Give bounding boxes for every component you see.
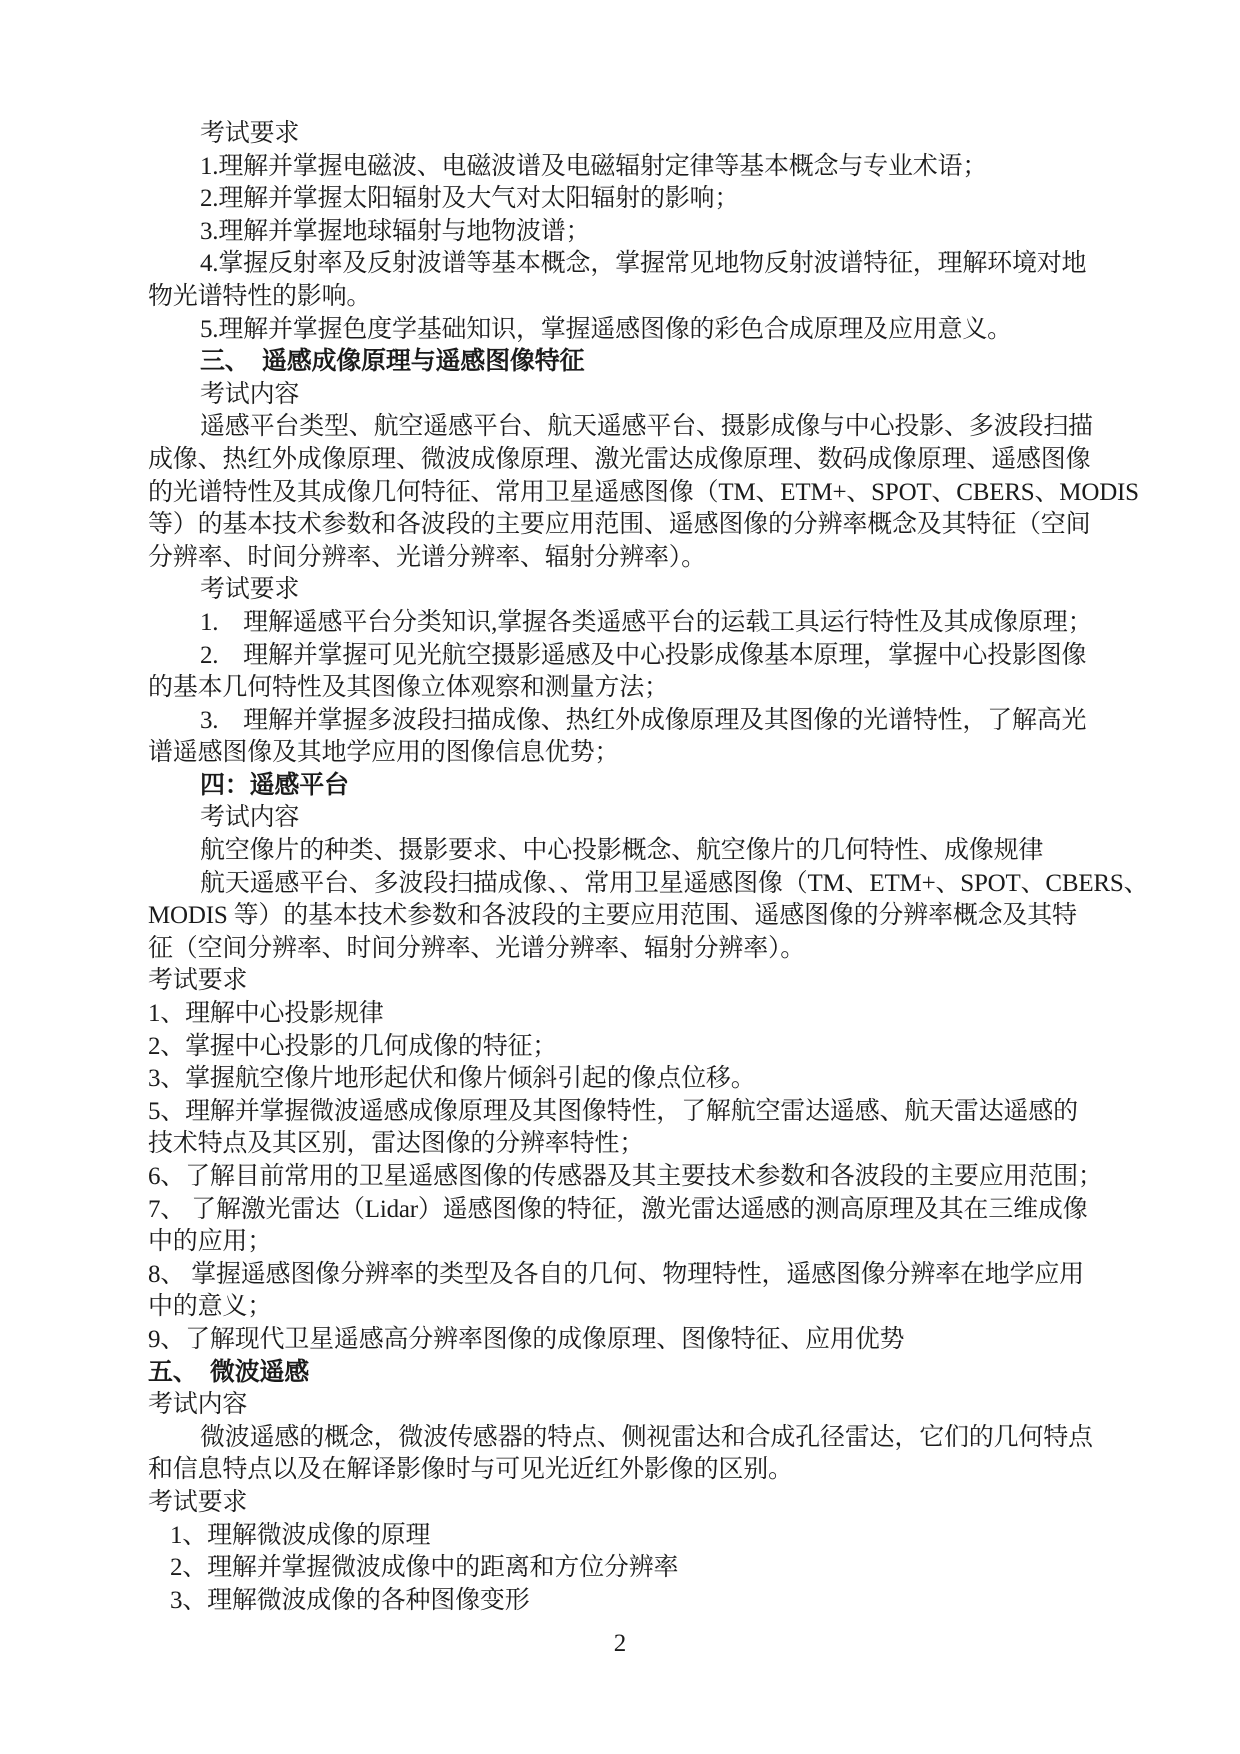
text-line: 9、了解现代卫星遥感高分辨率图像的成像原理、图像特征、应用优势 [148, 1324, 1108, 1357]
text-line: MODIS 等）的基本技术参数和各波段的主要应用范围、遥感图像的分辨率概念及其特 [148, 900, 1108, 933]
document-page: 考试要求1.理解并掌握电磁波、电磁波谱及电磁辐射定律等基本概念与专业术语；2.理… [0, 0, 1240, 1754]
text-line: 考试要求 [148, 965, 1108, 998]
text-line: 3、理解微波成像的各种图像变形 [148, 1585, 1108, 1618]
text-line: 2. 理解并掌握可见光航空摄影遥感及中心投影成像基本原理，掌握中心投影图像 [148, 640, 1108, 673]
section-heading-line: 三、 遥感成像原理与遥感图像特征 [148, 346, 1108, 379]
section-heading-line: 五、 微波遥感 [148, 1357, 1108, 1390]
text-line: 的光谱特性及其成像几何特征、常用卫星遥感图像（TM、ETM+、SPOT、CBER… [148, 477, 1108, 510]
text-line: 5、理解并掌握微波遥感成像原理及其图像特性，了解航空雷达遥感、航天雷达遥感的 [148, 1096, 1108, 1129]
text-line: 考试要求 [148, 574, 1108, 607]
text-line: 1、理解微波成像的原理 [148, 1520, 1108, 1553]
text-line: 物光谱特性的影响。 [148, 281, 1108, 314]
text-line: 考试内容 [148, 1389, 1108, 1422]
text-line: 等）的基本技术参数和各波段的主要应用范围、遥感图像的分辨率概念及其特征（空间 [148, 509, 1108, 542]
text-line: 遥感平台类型、航空遥感平台、航天遥感平台、摄影成像与中心投影、多波段扫描 [148, 411, 1108, 444]
text-line: 中的意义； [148, 1291, 1108, 1324]
text-line: 考试要求 [148, 1487, 1108, 1520]
text-line: 5.理解并掌握色度学基础知识，掌握遥感图像的彩色合成原理及应用意义。 [148, 314, 1108, 347]
text-line: 考试内容 [148, 802, 1108, 835]
text-line: 3. 理解并掌握多波段扫描成像、热红外成像原理及其图像的光谱特性，了解高光 [148, 705, 1108, 738]
text-line: 航空像片的种类、摄影要求、中心投影概念、航空像片的几何特性、成像规律 [148, 835, 1108, 868]
text-line: 8、 掌握遥感图像分辨率的类型及各自的几何、物理特性，遥感图像分辨率在地学应用 [148, 1259, 1108, 1292]
page-number: 2 [0, 1630, 1240, 1658]
text-line: 分辨率、时间分辨率、光谱分辨率、辐射分辨率）。 [148, 542, 1108, 575]
text-line: 考试内容 [148, 379, 1108, 412]
text-line: 4.掌握反射率及反射波谱等基本概念，掌握常见地物反射波谱特征，理解环境对地 [148, 248, 1108, 281]
document-body: 考试要求1.理解并掌握电磁波、电磁波谱及电磁辐射定律等基本概念与专业术语；2.理… [148, 118, 1108, 1617]
text-line: 考试要求 [148, 118, 1108, 151]
text-line: 1、理解中心投影规律 [148, 998, 1108, 1031]
text-line: 7、 了解激光雷达（Lidar）遥感图像的特征，激光雷达遥感的测高原理及其在三维… [148, 1194, 1108, 1227]
text-line: 6、了解目前常用的卫星遥感图像的传感器及其主要技术参数和各波段的主要应用范围； [148, 1161, 1108, 1194]
text-line: 2、理解并掌握微波成像中的距离和方位分辨率 [148, 1552, 1108, 1585]
text-line: 3、掌握航空像片地形起伏和像片倾斜引起的像点位移。 [148, 1063, 1108, 1096]
text-line: 3.理解并掌握地球辐射与地物波谱； [148, 216, 1108, 249]
text-line: 1. 理解遥感平台分类知识,掌握各类遥感平台的运载工具运行特性及其成像原理； [148, 607, 1108, 640]
text-line: 的基本几何特性及其图像立体观察和测量方法； [148, 672, 1108, 705]
text-line: 2、掌握中心投影的几何成像的特征； [148, 1031, 1108, 1064]
text-line: 1.理解并掌握电磁波、电磁波谱及电磁辐射定律等基本概念与专业术语； [148, 151, 1108, 184]
text-line: 谱遥感图像及其地学应用的图像信息优势； [148, 737, 1108, 770]
text-line: 微波遥感的概念，微波传感器的特点、侧视雷达和合成孔径雷达，它们的几何特点 [148, 1422, 1108, 1455]
text-line: 征（空间分辨率、时间分辨率、光谱分辨率、辐射分辨率）。 [148, 933, 1108, 966]
text-line: 中的应用； [148, 1226, 1108, 1259]
section-heading-line: 四：遥感平台 [148, 770, 1108, 803]
text-line: 和信息特点以及在解译影像时与可见光近红外影像的区别。 [148, 1454, 1108, 1487]
text-line: 2.理解并掌握太阳辐射及大气对太阳辐射的影响； [148, 183, 1108, 216]
text-line: 成像、热红外成像原理、微波成像原理、激光雷达成像原理、数码成像原理、遥感图像 [148, 444, 1108, 477]
text-line: 航天遥感平台、多波段扫描成像、、常用卫星遥感图像（TM、ETM+、SPOT、CB… [148, 868, 1108, 901]
text-line: 技术特点及其区别，雷达图像的分辨率特性； [148, 1128, 1108, 1161]
